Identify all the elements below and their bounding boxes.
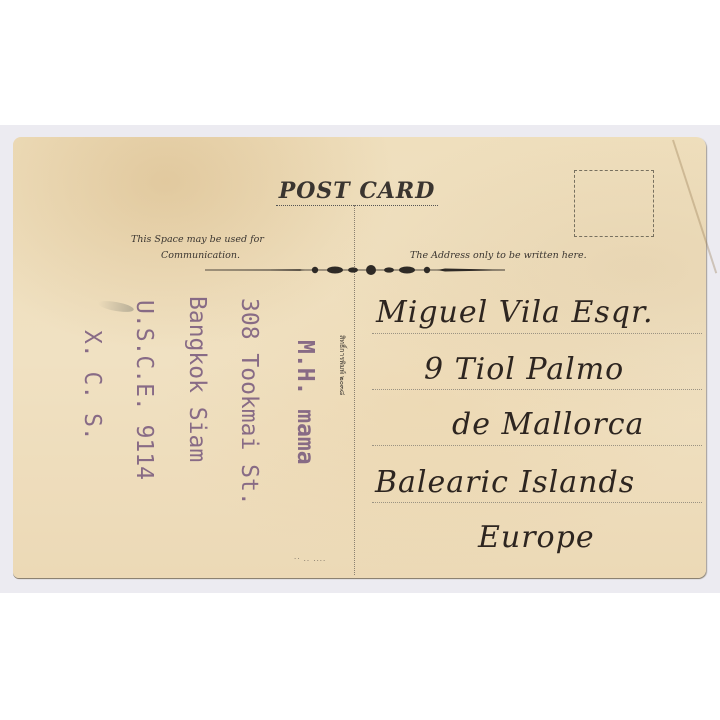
stamp-placeholder-box	[574, 170, 654, 237]
recipient-name: Miguel Vila Esqr.	[376, 295, 654, 330]
postcard-title: POST CARD	[276, 178, 438, 206]
address-line	[372, 445, 702, 446]
address-line	[372, 389, 702, 390]
center-divider	[354, 205, 355, 575]
recipient-region: Balearic Islands	[375, 465, 635, 500]
sender-street: 308 Tookmai St.	[236, 298, 262, 506]
sender-city: Bangkok Siam	[184, 296, 210, 462]
address-label: The Address only to be written here.	[410, 250, 587, 261]
sender-name: M.H. mama	[292, 340, 318, 465]
ornament-divider-icon	[205, 262, 505, 278]
address-line	[372, 333, 702, 334]
footer-mark: ·· .. ....	[294, 555, 326, 563]
recipient-street: 9 Tiol Palmo	[424, 352, 624, 387]
communication-label-line1: This Space may be used for	[131, 234, 264, 245]
sender-extra: X. C. S.	[79, 330, 105, 441]
address-line	[372, 502, 702, 503]
printer-mark: สิทธิ์การพิมพ์ ๒๐๓๘	[336, 335, 347, 395]
recipient-city: de Mallorca	[452, 407, 644, 442]
communication-label: This Space may be used for Communication…	[131, 232, 281, 264]
recipient-country: Europe	[478, 520, 595, 555]
sender-code: U.S.C.E. 9114	[131, 300, 157, 480]
